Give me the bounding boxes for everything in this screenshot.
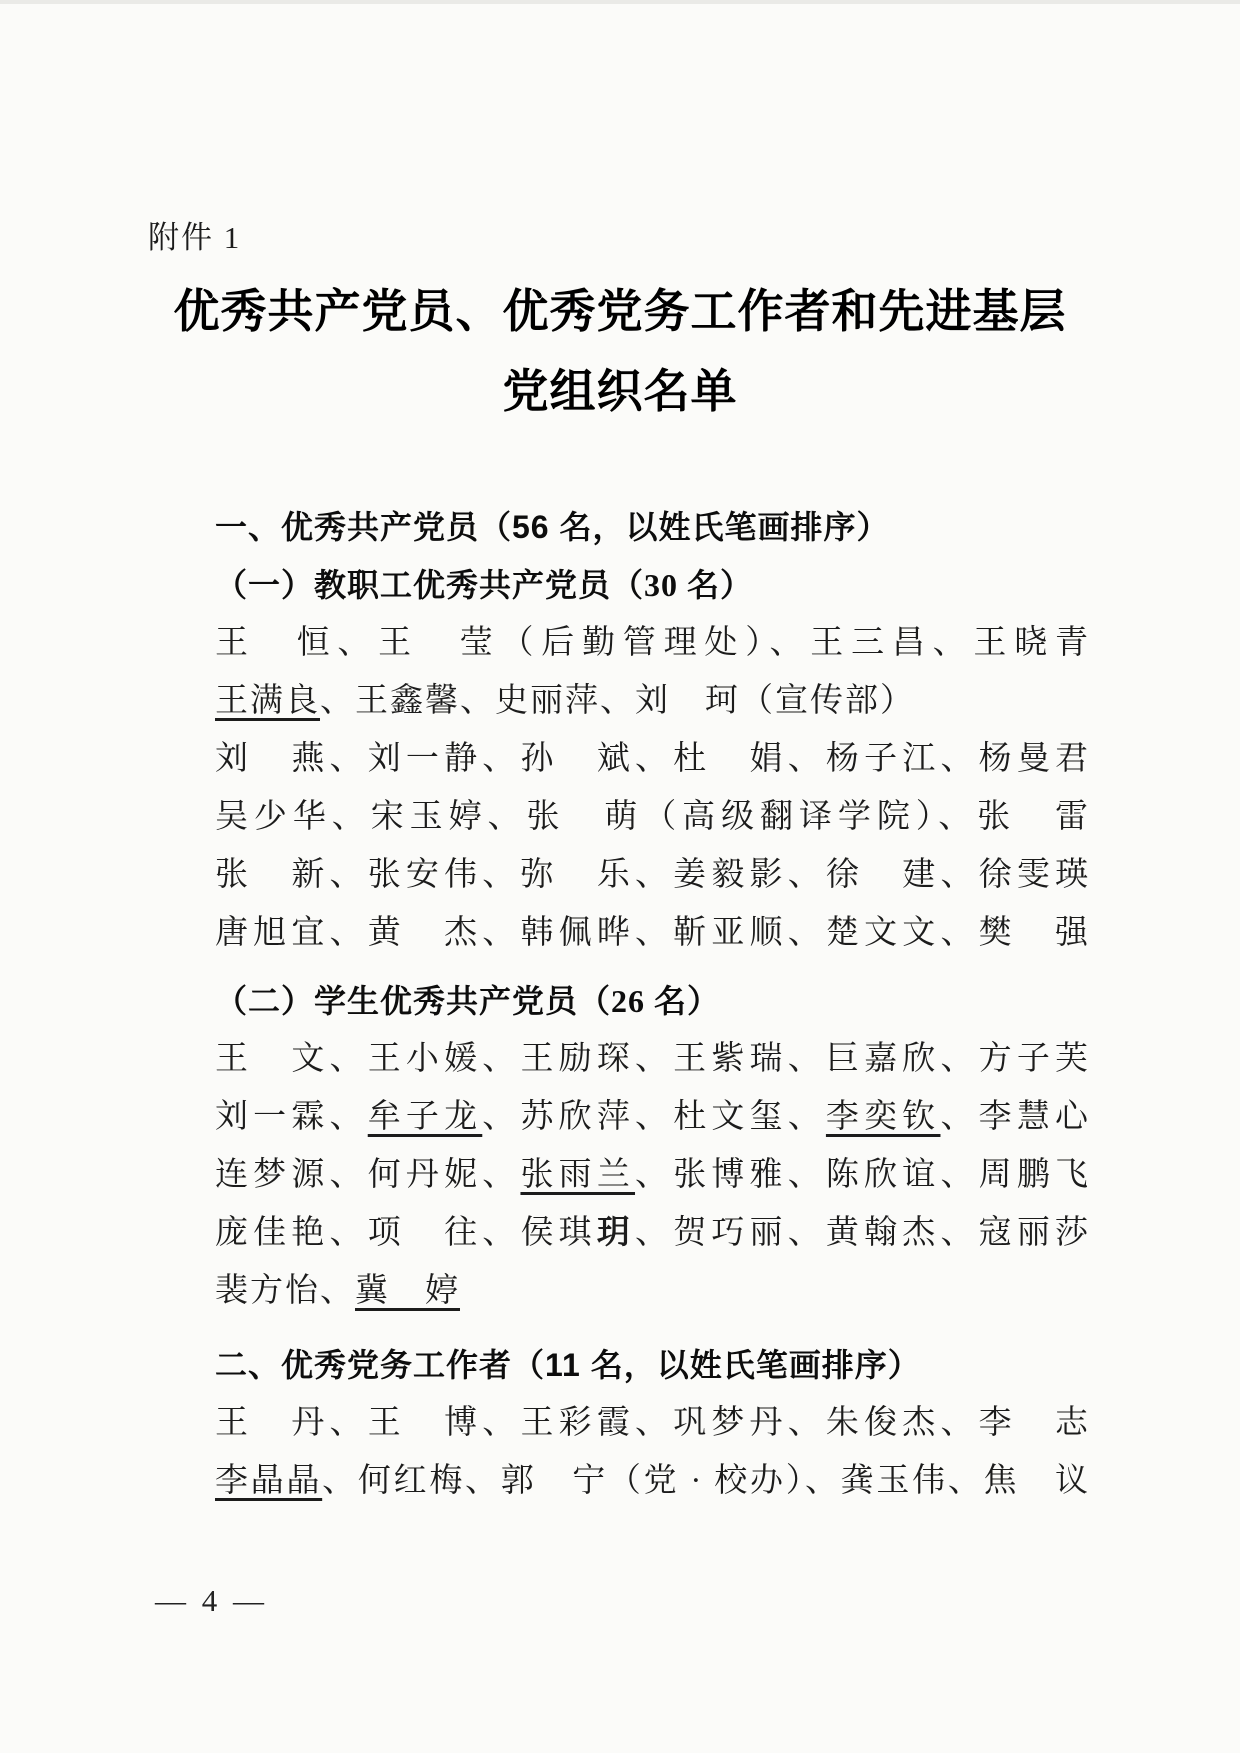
name-run: 连梦源、何丹妮、 [215,1157,520,1193]
name-list-line: 王 丹、王 博、王彩霞、巩梦丹、朱俊杰、李 志 [215,1394,1090,1452]
name-list-line: 王满良、王鑫馨、史丽萍、刘 珂（宣传部） [215,672,1090,730]
section-2-heading: 二、优秀党务工作者（11 名，以姓氏笔画排序） [215,1336,1090,1394]
page-number: — 4 — [155,1583,268,1619]
name-run: 、李慧心 [940,1099,1090,1135]
name-run: 裴方怡、 [215,1273,355,1309]
name-list-line: 吴少华、宋玉婷、张 萌（高级翻译学院）、张 雷 [215,788,1090,846]
underlined-name: 冀 婷 [355,1273,460,1309]
name-run: 王 文、王小媛、王励琛、王紫瑞、巨嘉欣、方子芙 [215,1041,1090,1077]
document-title-line-2: 党组织名单 [0,352,1240,432]
attachment-label: 附件 1 [148,212,241,257]
name-run: 王 丹、王 博、王彩霞、巩梦丹、朱俊杰、李 志 [215,1405,1090,1441]
subsection-1-2-heading: （二）学生优秀共产党员（26 名） [215,972,1090,1030]
name-list-line: 王 恒、王 莹（后勤管理处）、王三昌、王晓青 [215,614,1090,672]
name-list-line: 庞佳艳、项 往、侯琪玥、贺巧丽、黄翰杰、寇丽莎 [215,1204,1090,1262]
name-run: 、王鑫馨、史丽萍、刘 珂（宣传部） [320,683,915,719]
name-run: 吴少华、宋玉婷、张 萌（高级翻译学院）、张 雷 [215,799,1090,835]
name-list-line: 裴方怡、冀 婷 [215,1262,1090,1320]
underlined-name: 李晶晶 [215,1463,322,1499]
name-run: 刘一霖、 [215,1099,368,1135]
document-title-line-1: 优秀共产党员、优秀党务工作者和先进基层 [0,272,1240,352]
name-list-line: 王 文、王小媛、王励琛、王紫瑞、巨嘉欣、方子芙 [215,1030,1090,1088]
document-body: 一、优秀共产党员（56 名，以姓氏笔画排序） （一）教职工优秀共产党员（30 名… [215,498,1090,1510]
name-list-line: 李晶晶、何红梅、郭 宁（党 · 校办）、龚玉伟、焦 议 [215,1452,1090,1510]
bold-glyph: 玥 [597,1215,635,1251]
name-run: 、苏欣萍、杜文玺、 [482,1099,826,1135]
name-run: 张 新、张安伟、弥 乐、姜毅影、徐 建、徐雯瑛 [215,857,1090,893]
section-1-heading: 一、优秀共产党员（56 名，以姓氏笔画排序） [215,498,1090,556]
name-run: 庞佳艳、项 往、侯琪 [215,1215,597,1251]
name-run: 、贺巧丽、黄翰杰、寇丽莎 [635,1215,1090,1251]
name-list-line: 张 新、张安伟、弥 乐、姜毅影、徐 建、徐雯瑛 [215,846,1090,904]
subsection-1-1-heading: （一）教职工优秀共产党员（30 名） [215,556,1090,614]
name-run: 唐旭宜、黄 杰、韩佩晔、靳亚顺、楚文文、樊 强 [215,915,1090,951]
name-list-line: 连梦源、何丹妮、张雨兰、张博雅、陈欣谊、周鹏飞 [215,1146,1090,1204]
name-list-line: 唐旭宜、黄 杰、韩佩晔、靳亚顺、楚文文、樊 强 [215,904,1090,962]
name-run: 王 恒、王 莹（后勤管理处）、王三昌、王晓青 [215,625,1090,661]
underlined-name: 张雨兰 [520,1157,635,1193]
name-run: 、张博雅、陈欣谊、周鹏飞 [635,1157,1090,1193]
underlined-name: 李奕钦 [826,1099,941,1135]
underlined-name: 王满良 [215,683,320,719]
name-list-line: 刘一霖、牟子龙、苏欣萍、杜文玺、李奕钦、李慧心 [215,1088,1090,1146]
name-run: 、何红梅、郭 宁（党 · 校办）、龚玉伟、焦 议 [322,1463,1090,1499]
scan-edge-shadow [0,0,1240,4]
underlined-name: 牟子龙 [368,1099,483,1135]
name-run: 刘 燕、刘一静、孙 斌、杜 娟、杨子江、杨曼君 [215,741,1090,777]
document-title: 优秀共产党员、优秀党务工作者和先进基层 党组织名单 [0,272,1240,432]
name-list-line: 刘 燕、刘一静、孙 斌、杜 娟、杨子江、杨曼君 [215,730,1090,788]
document-page: 附件 1 优秀共产党员、优秀党务工作者和先进基层 党组织名单 一、优秀共产党员（… [0,0,1240,1753]
